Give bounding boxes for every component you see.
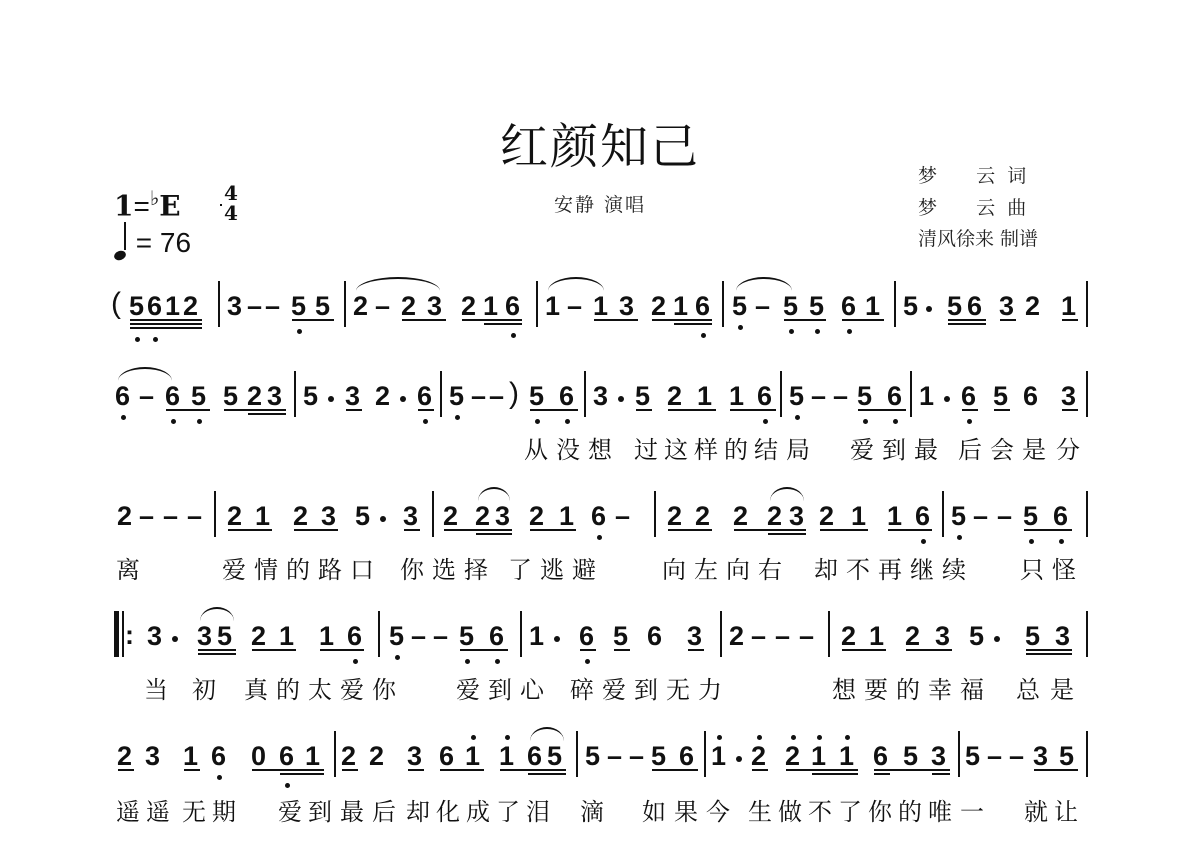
beam-underline — [962, 409, 978, 411]
sustain-dash: – — [629, 741, 644, 771]
note: 6 — [679, 741, 694, 771]
note: 5 — [291, 291, 306, 321]
lyric-char: 生 — [748, 792, 772, 827]
note: 5 — [315, 291, 330, 321]
note: 5 — [355, 501, 370, 531]
beam-underline — [130, 327, 202, 329]
low-octave-dot — [465, 659, 470, 664]
note: 6 — [1023, 381, 1038, 411]
lyric-char: 情 — [254, 550, 278, 585]
note: 2 — [733, 501, 748, 531]
sustain-dash: – — [987, 741, 1002, 771]
low-octave-dot — [795, 415, 800, 420]
note: 6 — [873, 741, 888, 771]
note: 1 — [483, 291, 498, 321]
tempo-value: = 76 — [136, 227, 191, 258]
sustain-dash: – — [163, 501, 178, 531]
beam-underline — [652, 319, 712, 321]
beam-underline — [440, 769, 484, 771]
sustain-dash: – — [607, 741, 622, 771]
slur-arc — [736, 277, 792, 291]
beam-underline — [594, 319, 638, 321]
lyric-char: 后 — [958, 430, 982, 465]
note: 6 — [489, 621, 504, 651]
beam-underline — [418, 409, 434, 411]
time-signature-top: 4 — [220, 183, 242, 203]
beam-underline — [688, 649, 704, 651]
beam-underline — [948, 319, 986, 321]
note: 5 — [993, 381, 1008, 411]
note: 1 — [559, 501, 574, 531]
lyric-char: 想 — [588, 430, 612, 465]
note: 6 — [1053, 501, 1068, 531]
beam-underline — [528, 773, 566, 775]
sustain-dash: – — [973, 501, 988, 531]
key-equals: = — [133, 190, 149, 221]
slur-arc — [478, 487, 510, 501]
barline — [536, 281, 538, 327]
notation-symbol: ( — [111, 289, 121, 319]
sustain-dash: – — [997, 501, 1012, 531]
note: 5 — [783, 291, 798, 321]
beam-underline — [198, 649, 236, 651]
note: 2 — [293, 501, 308, 531]
lyric-char: 做 — [778, 792, 802, 827]
lyric-char: 你 — [400, 550, 424, 585]
note: 1 — [673, 291, 688, 321]
note: 1 — [697, 381, 712, 411]
slur-arc — [356, 277, 440, 291]
lyric-char: 向 — [662, 550, 686, 585]
note: 1 — [255, 501, 270, 531]
beam-underline — [614, 649, 630, 651]
note: 6 — [915, 501, 930, 531]
lyric-char: 续 — [942, 550, 966, 585]
sustain-dash: – — [751, 621, 766, 651]
repeat-start-thin-barline — [122, 611, 124, 657]
note: 6 — [841, 291, 856, 321]
beam-underline — [1024, 529, 1072, 531]
augmentation-dot — [380, 516, 386, 522]
lyric-char: 你 — [868, 792, 892, 827]
sustain-dash: – — [811, 381, 826, 411]
lyric-char: 无 — [182, 792, 206, 827]
note: 2 — [1025, 291, 1040, 321]
lyric-char: 爱 — [222, 550, 246, 585]
barline — [1086, 611, 1088, 657]
sustain-dash: – — [139, 381, 154, 411]
lyric-char: 避 — [572, 550, 596, 585]
beam-underline — [484, 323, 522, 325]
lyric-char: 路 — [318, 550, 342, 585]
slur-arc — [548, 277, 604, 291]
note: 2 — [401, 291, 416, 321]
note: 1 — [711, 741, 726, 771]
lyric-char: 爱 — [602, 670, 626, 705]
sustain-dash: – — [1009, 741, 1024, 771]
lyric-char: 让 — [1054, 792, 1078, 827]
composer-credit: 梦 云 曲 — [918, 193, 1029, 220]
barline — [584, 371, 586, 417]
barline — [520, 611, 522, 657]
low-octave-dot — [738, 325, 743, 330]
low-octave-dot — [121, 415, 126, 420]
note: 6 — [147, 291, 162, 321]
note: 2 — [529, 501, 544, 531]
note: 5 — [732, 291, 747, 321]
note: 2 — [905, 621, 920, 651]
lyric-char: 继 — [910, 550, 934, 585]
note: 2 — [785, 741, 800, 771]
beam-underline — [874, 773, 890, 775]
beam-underline — [320, 649, 364, 651]
beam-underline — [342, 769, 358, 771]
note: 5 — [789, 381, 804, 411]
augmentation-dot — [618, 396, 624, 402]
note: 5 — [969, 621, 984, 651]
note: 6 — [279, 741, 294, 771]
lyric-char: 过 — [634, 430, 658, 465]
note: 6 — [591, 501, 606, 531]
beam-underline — [166, 409, 210, 411]
barline — [654, 491, 656, 537]
lyric-char: 却 — [814, 550, 838, 585]
note: 1 — [545, 291, 560, 321]
note: 2 — [375, 381, 390, 411]
note: 3 — [593, 381, 608, 411]
augmentation-dot — [994, 636, 1000, 642]
low-octave-dot — [395, 655, 400, 660]
lyric-char: 不 — [846, 550, 870, 585]
lyric-char: 化 — [436, 792, 460, 827]
beam-underline — [280, 773, 324, 775]
barline — [910, 371, 912, 417]
high-octave-dot — [757, 735, 762, 740]
note: 3 — [407, 741, 422, 771]
lyric-char: 逃 — [540, 550, 564, 585]
lyric-char: 无 — [666, 670, 690, 705]
note: 5 — [857, 381, 872, 411]
lyric-char: 会 — [990, 430, 1014, 465]
beam-underline — [130, 323, 202, 325]
lyric-char: 向 — [726, 550, 750, 585]
note: 2 — [117, 741, 132, 771]
low-octave-dot — [701, 333, 706, 338]
lyric-char: 的 — [724, 430, 748, 465]
barline — [432, 491, 434, 537]
note: 1 — [865, 291, 880, 321]
note: 1 — [319, 621, 334, 651]
barline — [942, 491, 944, 537]
high-octave-dot — [817, 735, 822, 740]
low-octave-dot — [1059, 539, 1064, 544]
lyric-char: 遥 — [116, 792, 140, 827]
beam-underline — [820, 529, 868, 531]
note: 3 — [619, 291, 634, 321]
beam-underline — [1026, 653, 1072, 655]
lyric-char: 一 — [960, 792, 984, 827]
lyric-char: 结 — [754, 430, 778, 465]
note: 5 — [635, 381, 650, 411]
note: 5 — [613, 621, 628, 651]
beam-underline — [198, 653, 236, 655]
high-octave-dot — [717, 735, 722, 740]
lyric-char: 到 — [882, 430, 906, 465]
note: 5 — [651, 741, 666, 771]
low-octave-dot — [847, 329, 852, 334]
lyric-char: 后 — [372, 792, 396, 827]
note: 1 — [183, 741, 198, 771]
lyric-char: 幸 — [928, 670, 952, 705]
augmentation-dot — [926, 306, 932, 312]
note: 6 — [165, 381, 180, 411]
low-octave-dot — [893, 419, 898, 424]
lyric-char: 左 — [694, 550, 718, 585]
note: 0 — [251, 741, 266, 771]
slur-arc — [118, 367, 172, 381]
high-octave-dot — [791, 735, 796, 740]
note: 5 — [903, 741, 918, 771]
beam-underline — [346, 409, 362, 411]
beam-underline — [842, 649, 886, 651]
beam-underline — [228, 529, 272, 531]
slur-arc — [530, 727, 564, 741]
beam-underline — [252, 769, 324, 771]
low-octave-dot — [789, 329, 794, 334]
sustain-dash: – — [799, 621, 814, 651]
beam-underline — [784, 319, 826, 321]
note: 5 — [903, 291, 918, 321]
note: 1 — [919, 381, 934, 411]
beam-underline — [444, 529, 512, 531]
lyric-char: 不 — [808, 792, 832, 827]
lyric-char: 只 — [1020, 550, 1044, 585]
note: 1 — [529, 621, 544, 651]
note: 1 — [279, 621, 294, 651]
beam-underline — [402, 319, 446, 321]
barline — [1086, 281, 1088, 327]
sustain-dash: – — [411, 621, 426, 651]
low-octave-dot — [495, 659, 500, 664]
beam-underline — [224, 409, 286, 411]
note: 1 — [499, 741, 514, 771]
lyric-char: 真 — [244, 670, 268, 705]
lyric-char: 的 — [286, 550, 310, 585]
beam-underline — [294, 529, 338, 531]
lyric-char: 总 — [1016, 670, 1040, 705]
note: 5 — [1059, 741, 1074, 771]
note: 2 — [695, 501, 710, 531]
note: 5 — [389, 621, 404, 651]
note: 5 — [303, 381, 318, 411]
note: 5 — [223, 381, 238, 411]
lyric-char: 就 — [1024, 792, 1048, 827]
lyric-char: 遥 — [146, 792, 170, 827]
beam-underline — [462, 319, 522, 321]
note: 1 — [811, 741, 826, 771]
time-signature-bottom: 4 — [220, 203, 242, 223]
low-octave-dot — [511, 333, 516, 338]
slur-arc — [770, 487, 804, 501]
sustain-dash: – — [615, 501, 630, 531]
low-octave-dot — [1029, 539, 1034, 544]
note: 5 — [1023, 501, 1038, 531]
notation-symbol: ) — [509, 379, 519, 409]
low-octave-dot — [863, 419, 868, 424]
sustain-dash: – — [489, 381, 504, 411]
beam-underline — [500, 769, 566, 771]
beam-underline — [248, 413, 286, 415]
low-octave-dot — [597, 535, 602, 540]
low-octave-dot — [135, 337, 140, 342]
low-octave-dot — [815, 329, 820, 334]
time-signature-divider — [220, 204, 222, 206]
lyric-char: 是 — [1022, 430, 1046, 465]
lyric-char: 你 — [372, 670, 396, 705]
lyric-char: 爱 — [850, 430, 874, 465]
beam-underline — [130, 319, 202, 321]
lyric-char: 最 — [340, 792, 364, 827]
note: 3 — [789, 501, 804, 531]
low-octave-dot — [455, 415, 460, 420]
note: 2 — [841, 621, 856, 651]
lyric-char: 从 — [524, 430, 548, 465]
note: 5 — [1025, 621, 1040, 651]
key-signature: 1=♭E — [114, 186, 181, 222]
lyric-char: 泪 — [526, 792, 550, 827]
low-octave-dot — [171, 419, 176, 424]
barline — [958, 731, 960, 777]
lyric-char: 太 — [308, 670, 332, 705]
notation-symbol: : — [125, 620, 134, 650]
sustain-dash: – — [139, 501, 154, 531]
barline — [344, 281, 346, 327]
note: 3 — [999, 291, 1014, 321]
beam-underline — [994, 409, 1010, 411]
note: 2 — [369, 741, 384, 771]
beam-underline — [668, 529, 712, 531]
note: 3 — [427, 291, 442, 321]
lyric-char: 唯 — [928, 792, 952, 827]
note: 6 — [647, 621, 662, 651]
note: 6 — [211, 741, 226, 771]
low-octave-dot — [921, 539, 926, 544]
lyric-char: 爱 — [340, 670, 364, 705]
note: 5 — [129, 291, 144, 321]
note: 2 — [475, 501, 490, 531]
lyric-char: 再 — [878, 550, 902, 585]
note: 5 — [585, 741, 600, 771]
note: 1 — [839, 741, 854, 771]
key-degree: 1 — [114, 189, 133, 222]
lyric-char: 成 — [466, 792, 490, 827]
augmentation-dot — [944, 396, 950, 402]
augmentation-dot — [172, 636, 178, 642]
beam-underline — [734, 529, 806, 531]
note: 5 — [947, 291, 962, 321]
barline — [780, 371, 782, 417]
beam-underline — [1062, 319, 1078, 321]
note: 6 — [967, 291, 982, 321]
beam-underline — [888, 529, 932, 531]
lyric-char: 到 — [488, 670, 512, 705]
barline — [440, 371, 442, 417]
beam-underline — [652, 769, 698, 771]
time-signature: 4 4 — [220, 183, 242, 223]
note: 1 — [887, 501, 902, 531]
note: 6 — [695, 291, 710, 321]
lyric-char: 心 — [520, 670, 544, 705]
barline — [722, 281, 724, 327]
note: 1 — [165, 291, 180, 321]
slur-arc — [200, 607, 234, 621]
beam-underline — [1000, 319, 1016, 321]
beam-underline — [932, 773, 950, 775]
barline — [720, 611, 722, 657]
note: 6 — [439, 741, 454, 771]
note: 3 — [495, 501, 510, 531]
note: 5 — [449, 381, 464, 411]
note: 3 — [403, 501, 418, 531]
barline — [218, 281, 220, 327]
quarter-note-stem — [124, 222, 126, 250]
note: 2 — [729, 621, 744, 651]
beam-underline — [906, 649, 952, 651]
note: 3 — [935, 621, 950, 651]
note: 2 — [251, 621, 266, 651]
augmentation-dot — [736, 756, 742, 762]
beam-underline — [1034, 769, 1078, 771]
beam-underline — [668, 409, 716, 411]
low-octave-dot — [585, 659, 590, 664]
beam-underline — [812, 773, 858, 775]
note: 2 — [353, 291, 368, 321]
lyric-char: 的 — [276, 670, 300, 705]
lyric-char: 是 — [1050, 670, 1074, 705]
note: 1 — [1061, 291, 1076, 321]
note: 3 — [147, 621, 162, 651]
lyric-char: 了 — [496, 792, 520, 827]
note: 2 — [183, 291, 198, 321]
barline — [894, 281, 896, 327]
flat-icon: ♭ — [150, 186, 159, 210]
lyric-char: 口 — [350, 550, 374, 585]
note: 5 — [529, 381, 544, 411]
sustain-dash: – — [775, 621, 790, 651]
repeat-start-thick-barline — [114, 611, 119, 657]
sustain-dash: – — [471, 381, 486, 411]
lyric-char: 如 — [642, 792, 666, 827]
note: 6 — [115, 381, 130, 411]
beam-underline — [842, 319, 884, 321]
note: 6 — [527, 741, 542, 771]
note: 6 — [347, 621, 362, 651]
lyric-char: 离 — [116, 550, 140, 585]
beam-underline — [858, 409, 906, 411]
beam-underline — [752, 769, 768, 771]
barline — [576, 731, 578, 777]
note: 1 — [869, 621, 884, 651]
beam-underline — [786, 769, 858, 771]
low-octave-dot — [423, 419, 428, 424]
beam-underline — [1062, 409, 1078, 411]
lyric-char: 的 — [896, 670, 920, 705]
note: 2 — [651, 291, 666, 321]
beam-underline — [768, 533, 806, 535]
lyric-char: 初 — [192, 670, 216, 705]
low-octave-dot — [217, 775, 222, 780]
note: 2 — [667, 381, 682, 411]
